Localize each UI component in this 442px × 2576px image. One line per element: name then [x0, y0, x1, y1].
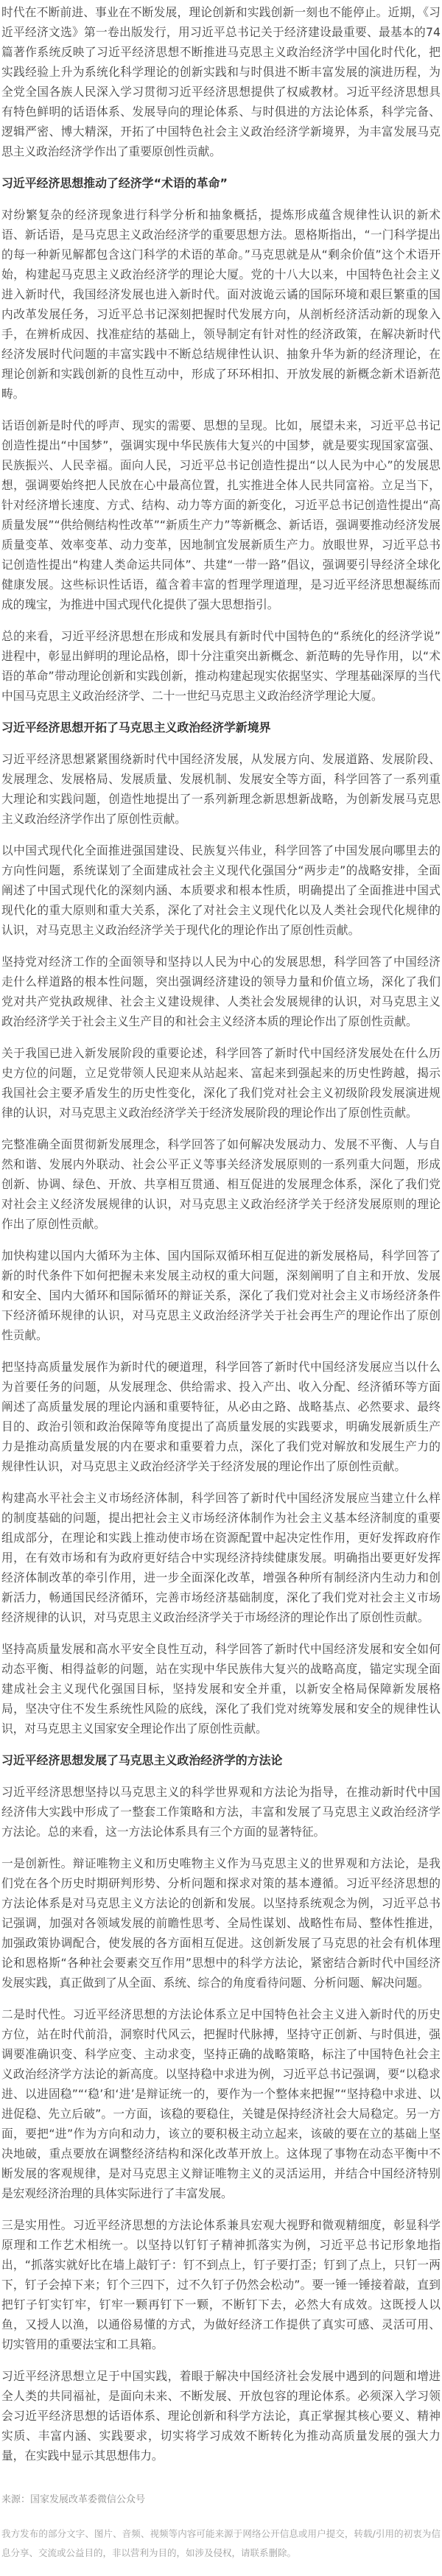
article-paragraph-conclusion: 习近平经济思想立足于中国实践，着眼于解决中国经济社会发展中遇到的问题和增进全人类… — [1, 2366, 441, 2466]
article-paragraph: 一是创新性。辩证唯物主义和历史唯物主义作为马克思主义的世界观和方法论，是我们党在… — [1, 1853, 441, 1993]
article-paragraph: 加快构建以国内大循环为主体、国内国际双循环相互促进的新发展格局，科学回答了新的时… — [1, 1246, 441, 1345]
section-heading-methodology: 习近平经济思想发展了马克思主义政治经济学的方法论 — [1, 1750, 441, 1770]
copyright-disclaimer: 我方发布的部分文字、图片、音频、视频等内容可能来源于网络公开信息或用户提交，转载… — [1, 2524, 441, 2563]
article-paragraph: 话语创新是时代的呼声、现实的需要、思想的呈现。比如，展望未来，习近平总书记创造性… — [1, 415, 441, 614]
article-paragraph: 把坚持高质量发展作为新时代的硬道理，科学回答了新时代中国经济发展应当以什么为首要… — [1, 1357, 441, 1476]
section-heading-terminology: 习近平经济思想推动了经济学“术语的革命” — [1, 173, 441, 193]
article-paragraph: 二是时代性。习近平经济思想的方法论体系立足中国特色社会主义进入新时代的历史方位，… — [1, 2004, 441, 2203]
article-paragraph: 坚持高质量发展和高水平安全良性互动，科学回答了新时代中国经济发展和安全如何动态平… — [1, 1639, 441, 1738]
article-paragraph: 关于我国已进入新发展阶段的重要论述，科学回答了新时代中国经济发展处在什么历史方位… — [1, 1043, 441, 1123]
article-paragraph: 构建高水平社会主义市场经济体制，科学回答了新时代中国经济发展应当建立什么样的制度… — [1, 1488, 441, 1627]
section-heading-new-realm: 习近平经济思想开拓了马克思主义政治经济学新境界 — [1, 717, 441, 737]
article-paragraph: 完整准确全面贯彻新发展理念，科学回答了如何解决发展动力、发展不平衡、人与自然和谐… — [1, 1134, 441, 1234]
article-paragraph: 习近平经济思想紧紧围绕新时代中国经济发展，从发展方向、发展道路、发展阶段、发展理… — [1, 749, 441, 829]
article-paragraph: 习近平经济思想坚持以马克思主义的科学世界观和方法论为指导，在推动新时代中国经济伟… — [1, 1782, 441, 1842]
article-paragraph: 坚持党对经济工作的全面领导和坚持以人民为中心的发展思想，科学回答了中国经济走什么… — [1, 952, 441, 1031]
article-paragraph: 对纷繁复杂的经济现象进行科学分析和抽象概括，提炼形成蕴含规律性认识的新术语、新话… — [1, 205, 441, 404]
article-paragraph: 总的来看，习近平经济思想在形成和发展具有新时代中国特色的“系统化的经济学说”进程… — [1, 626, 441, 706]
source-attribution: 来源：国家发展改革委微信公众号 — [1, 2493, 441, 2507]
article-paragraph: 以中国式现代化全面推进强国建设、民族复兴伟业，科学回答了中国发展向哪里去的方向性… — [1, 840, 441, 940]
article-paragraph: 三是实用性。习近平经济思想的方法论体系兼具宏观大视野和微观精细度，彰显科学原理和… — [1, 2215, 441, 2354]
article-page: 时代在不断前进、事业在不断发展，理论创新和实践创新一刻也不能停止。近期，《习近平… — [0, 0, 442, 2576]
article-paragraph-intro: 时代在不断前进、事业在不断发展，理论创新和实践创新一刻也不能停止。近期，《习近平… — [1, 2, 441, 161]
